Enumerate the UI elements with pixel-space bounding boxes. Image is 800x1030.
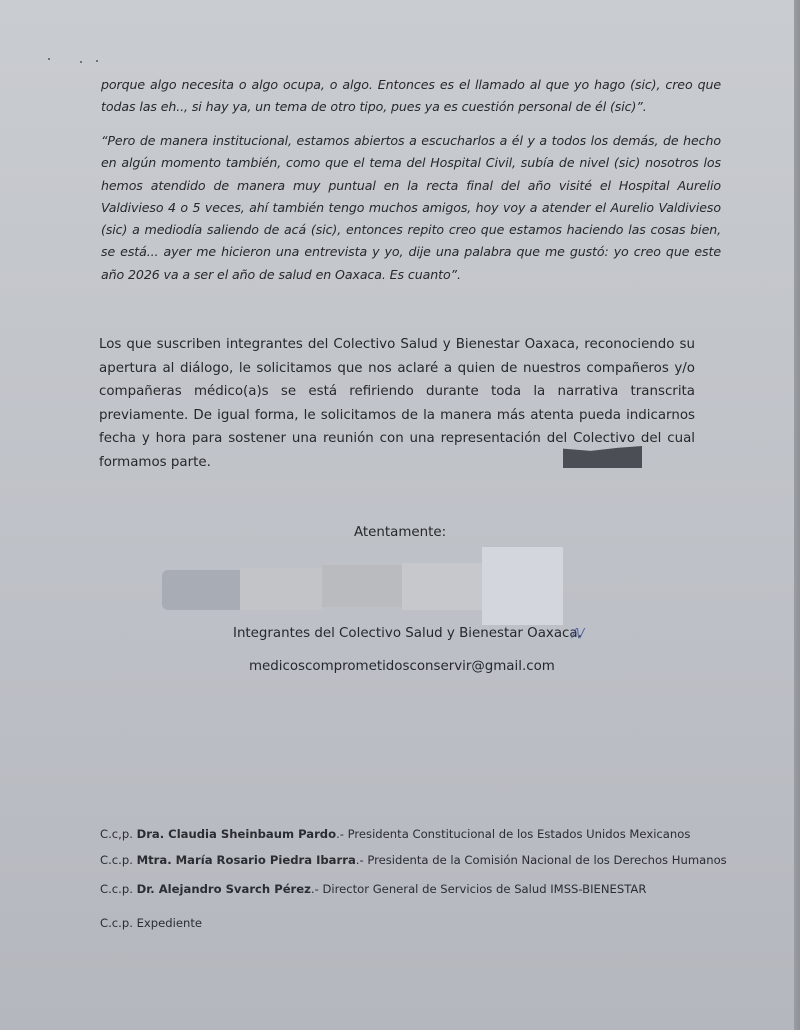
quote-main: “Pero de manera institucional, estamos a… [101,130,721,286]
signatory-line: Integrantes del Colectivo Salud y Bienes… [233,626,582,641]
quote-continuation-text: porque algo necesita o algo ocupa, o alg… [101,74,721,119]
carbon-copy-line: C.c,p. Dra. Claudia Sheinbaum Pardo.- Pr… [100,827,690,841]
speck [96,60,98,62]
signature-redaction [482,547,563,625]
carbon-copy-line: C.c.p. Mtra. María Rosario Piedra Ibarra… [100,853,727,867]
signature-redaction [240,568,322,610]
cc-prefix: C.c.p. [100,916,133,930]
cc-name: Dr. Alejandro Svarch Pérez [137,882,311,896]
speck [48,58,50,60]
quote-continuation: porque algo necesita o algo ocupa, o alg… [101,74,721,119]
cc-prefix: C.c.p. [100,853,133,867]
cc-prefix: C.c,p. [100,827,133,841]
signature-redaction [162,570,240,610]
cc-name: Dra. Claudia Sheinbaum Pardo [137,827,336,841]
carbon-copy-line: C.c.p. Dr. Alejandro Svarch Pérez.- Dire… [100,882,646,896]
cc-title: .- Director General de Servicios de Salu… [311,882,647,896]
paper-specks [48,58,108,66]
cc-title: .- Presidenta de la Comisión Nacional de… [356,853,727,867]
cc-name: Mtra. María Rosario Piedra Ibarra [137,853,356,867]
quote-main-text: “Pero de manera institucional, estamos a… [101,130,721,286]
closing-salutation: Atentamente: [354,525,446,540]
contact-email: medicoscomprometidosconservir@gmail.com [249,659,555,674]
cc-title: Expediente [137,916,202,930]
carbon-copy-line: C.c.p. Expediente [100,916,202,930]
signature-redaction [402,563,482,610]
speck [80,61,82,63]
pen-initial-mark: /\/ [572,626,584,640]
cc-prefix: C.c.p. [100,882,133,896]
signature-redaction [322,565,402,607]
cc-title: .- Presidenta Constitucional de los Esta… [336,827,690,841]
page-edge-shadow [794,0,800,1030]
